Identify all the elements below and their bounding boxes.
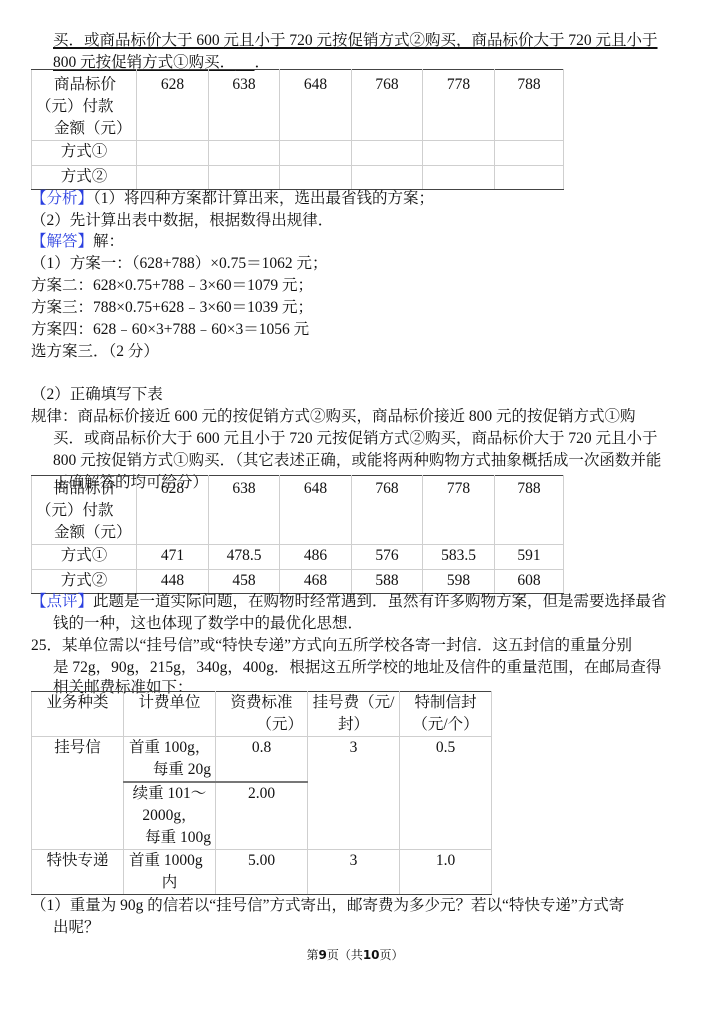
- problem-25-line-2: 是 72g，90g，215g，340g，400g．根据这五所学校的地址及信件的重…: [53, 657, 661, 679]
- part2-title: （2）正确填写下表: [31, 384, 163, 406]
- row-label: 方式①: [32, 545, 137, 570]
- value-cell: [209, 141, 280, 166]
- header-text: （元）: [216, 714, 307, 736]
- footer-prefix: 第: [306, 948, 318, 962]
- value-cell: [209, 166, 280, 190]
- question-1-line-2: 出呢？: [53, 917, 100, 939]
- table-row: 方式② 448 458 468 588 598 608: [32, 570, 564, 594]
- row-label: 方式①: [32, 141, 137, 166]
- value-cell: 478.5: [209, 545, 280, 570]
- solution-line: 方案二：628×0.75+788﹣3×60＝1079 元；: [31, 275, 313, 297]
- header-text: 封）: [308, 714, 399, 736]
- price-cell: 768: [352, 70, 423, 141]
- type-express: 特快专递: [32, 850, 124, 895]
- table-row: 方式① 471 478.5 486 576 583.5 591: [32, 545, 564, 570]
- price-cell: 788: [495, 70, 564, 141]
- price-cell: 628: [137, 70, 209, 141]
- header-label: 商品标价 （元）付款 金额（元）: [32, 476, 137, 545]
- price-cell: 638: [209, 70, 280, 141]
- value-cell: 458: [209, 570, 280, 594]
- price-cell: 648: [280, 476, 352, 545]
- header-business-type: 业务种类: [32, 692, 124, 737]
- rule-line: 800 元按促销方式①购买．（其它表述正确，或能将两种购物方式抽象概括成一次函数…: [53, 450, 661, 472]
- header-label-line-2: （元）付款: [36, 96, 136, 118]
- value-cell: 471: [137, 545, 209, 570]
- table-row: 特快专递 首重 1000g内 5.00 3 1.0: [32, 850, 492, 895]
- row-label: 方式②: [32, 166, 137, 190]
- price-cell: 778: [423, 70, 495, 141]
- row-label: 方式②: [32, 570, 137, 594]
- rate-cell: 0.8: [216, 737, 308, 783]
- answer-line-1: 买．或商品标价大于 600 元且小于 720 元按促销方式②购买，商品标价大于 …: [53, 30, 658, 52]
- page-footer: 第9页（共10页）: [0, 946, 710, 963]
- table-row: 方式②: [32, 166, 564, 190]
- value-cell: [423, 166, 495, 190]
- table-row: 方式①: [32, 141, 564, 166]
- comment-line-2: 钱的一种，这也体现了数学中的最优化思想．: [53, 613, 363, 635]
- unit-text: 每重 100g: [124, 827, 215, 849]
- postage-standards-table: 业务种类 计费单位 资费标准（元） 挂号费（元/封） 特制信封（元/个） 挂号信…: [31, 691, 492, 895]
- problem-25-line-1: 25．某单位需以“挂号信”或“特快专递”方式向五所学校各寄一封信．这五封信的重量…: [31, 635, 632, 657]
- envelope-cell: 1.0: [400, 850, 492, 895]
- rate-cell: 5.00: [216, 850, 308, 895]
- value-cell: [280, 141, 352, 166]
- value-cell: 448: [137, 570, 209, 594]
- solution-line: 方案四：628﹣60×3+788﹣60×3＝1056 元: [31, 319, 309, 341]
- header-label-line-2: （元）付款: [36, 500, 136, 522]
- solution-line: （1）方案一：（628+788）×0.75＝1062 元；: [31, 253, 327, 275]
- page-number: 9: [318, 948, 326, 962]
- value-cell: [352, 141, 423, 166]
- analysis-text-1: （1）将四种方案都计算出来，选出最省钱的方案；: [93, 190, 434, 207]
- value-cell: 576: [352, 545, 423, 570]
- rule-line: 规律：商品标价接近 600 元的按促销方式②购买，商品标价接近 800 元的按促…: [31, 406, 636, 428]
- price-cell: 778: [423, 476, 495, 545]
- unit-text: 内: [124, 872, 215, 894]
- value-cell: [495, 166, 564, 190]
- solution-line: 方案三：788×0.75+628﹣3×60＝1039 元；: [31, 297, 313, 319]
- header-label-line-1: 商品标价: [36, 74, 136, 96]
- reg-fee-cell: 3: [308, 737, 400, 850]
- analysis-line-1: 【分析】（1）将四种方案都计算出来，选出最省钱的方案；: [31, 188, 434, 210]
- price-cell: 638: [209, 476, 280, 545]
- solution-heading: 【解答】解：: [31, 231, 124, 253]
- price-cell: 788: [495, 476, 564, 545]
- footer-mid: 页（共: [327, 948, 363, 962]
- question-1-line-1: （1）重量为 90g 的信若以“挂号信”方式寄出，邮寄费为多少元？若以“特快专递…: [31, 895, 624, 917]
- comment-text-1: 此题是一道实际问题，在购物时经常遇到．虽然有许多购物方案，但是需要选择最省: [93, 593, 667, 610]
- rate-cell: 2.00: [216, 782, 308, 850]
- header-rate: 资费标准（元）: [216, 692, 308, 737]
- header-text: 资费标准: [216, 692, 307, 714]
- analysis-line-2: （2）先计算出表中数据，根据数得出规律．: [31, 210, 333, 232]
- header-registration-fee: 挂号费（元/封）: [308, 692, 400, 737]
- envelope-cell: 0.5: [400, 737, 492, 850]
- unit-cell: 首重 1000g内: [124, 850, 216, 895]
- comment-line-1: 【点评】此题是一道实际问题，在购物时经常遇到．虽然有许多购物方案，但是需要选择最…: [31, 591, 667, 613]
- header-text: 业务种类: [32, 692, 123, 714]
- header-label-line-3: 金额（元）: [36, 118, 136, 140]
- solution-intro: 解：: [93, 233, 124, 250]
- value-cell: 468: [280, 570, 352, 594]
- rule-line: 买．或商品标价大于 600 元且小于 720 元按促销方式②购买，商品标价大于 …: [53, 428, 658, 450]
- price-cell: 768: [352, 476, 423, 545]
- header-text: 特制信封: [400, 692, 491, 714]
- header-row: 业务种类 计费单位 资费标准（元） 挂号费（元/封） 特制信封（元/个）: [32, 692, 492, 737]
- solution-line: 选方案三．（2 分）: [31, 341, 159, 363]
- unit-cell: 续重 101～2000g，每重 100g: [124, 782, 216, 850]
- value-cell: 583.5: [423, 545, 495, 570]
- type-registered: 挂号信: [32, 737, 124, 850]
- analysis-tag: 【分析】: [31, 190, 93, 207]
- header-label-line-1: 商品标价: [36, 478, 136, 500]
- header-label: 商品标价 （元）付款 金额（元）: [32, 70, 137, 141]
- value-cell: 486: [280, 545, 352, 570]
- footer-suffix: 页）: [380, 948, 404, 962]
- header-label-line-3: 金额（元）: [36, 522, 136, 544]
- value-cell: [280, 166, 352, 190]
- value-cell: 591: [495, 545, 564, 570]
- header-text: （元/个）: [400, 714, 491, 736]
- solution-tag: 【解答】: [31, 233, 93, 250]
- table-row: 挂号信 首重 100g，每重 20g 0.8 3 0.5: [32, 737, 492, 783]
- header-text: 挂号费（元/: [308, 692, 399, 714]
- value-cell: [137, 166, 209, 190]
- unit-text: 首重 100g，: [124, 737, 215, 759]
- price-table-empty: 商品标价 （元）付款 金额（元） 628 638 648 768 778 788…: [31, 69, 564, 190]
- header-billing-unit: 计费单位: [124, 692, 216, 737]
- value-cell: [495, 141, 564, 166]
- unit-text: 每重 20g: [124, 759, 215, 781]
- value-cell: 608: [495, 570, 564, 594]
- unit-text: 续重 101～: [124, 783, 215, 805]
- price-cell: 648: [280, 70, 352, 141]
- price-table-filled: 商品标价 （元）付款 金额（元） 628 638 648 768 778 788…: [31, 475, 564, 594]
- header-text: 计费单位: [124, 692, 215, 714]
- comment-tag: 【点评】: [31, 593, 93, 610]
- unit-cell: 首重 100g，每重 20g: [124, 737, 216, 783]
- unit-text: 首重 1000g: [124, 850, 215, 872]
- reg-fee-cell: 3: [308, 850, 400, 895]
- value-cell: [137, 141, 209, 166]
- price-cell: 628: [137, 476, 209, 545]
- total-pages: 10: [363, 948, 380, 962]
- value-cell: 598: [423, 570, 495, 594]
- header-envelope: 特制信封（元/个）: [400, 692, 492, 737]
- value-cell: [423, 141, 495, 166]
- unit-text: 2000g，: [124, 805, 215, 827]
- value-cell: [352, 166, 423, 190]
- value-cell: 588: [352, 570, 423, 594]
